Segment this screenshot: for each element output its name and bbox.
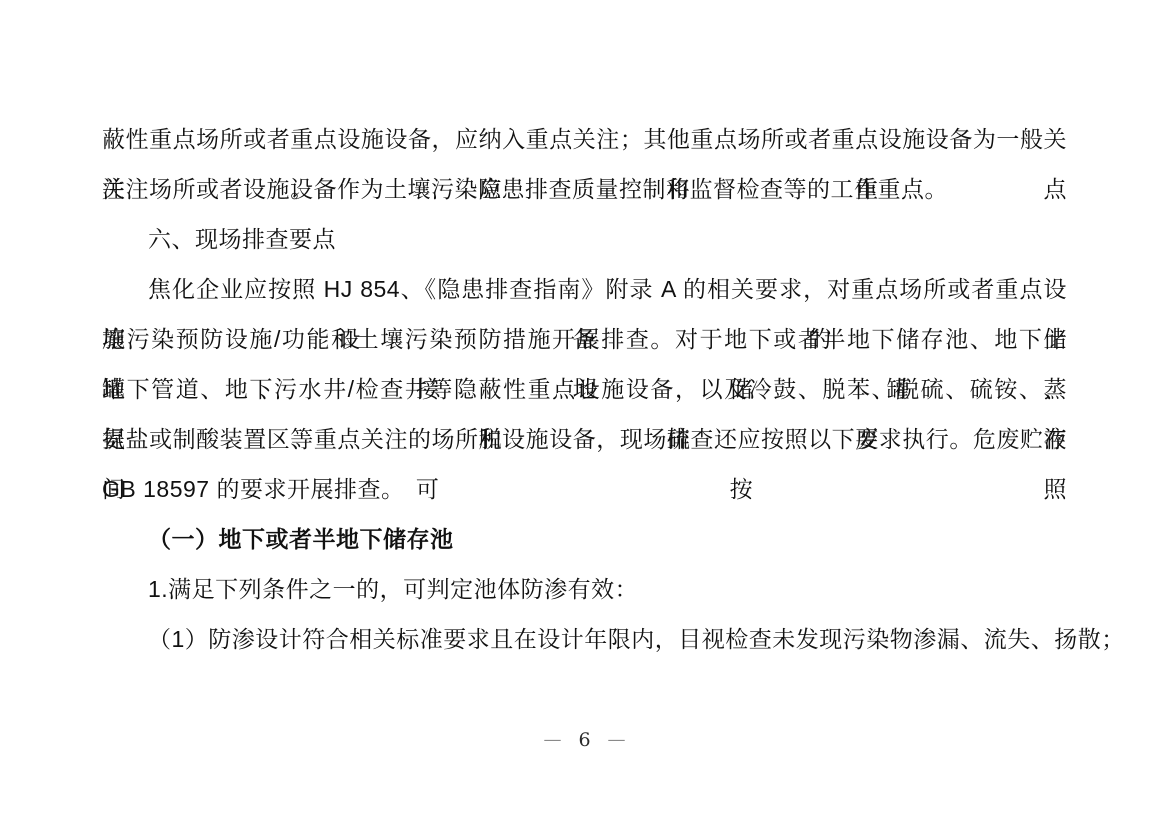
document-body: 蔽性重点场所或者重点设施设备，应纳入重点关注；其他重点场所或者重点设施设备为一般…	[102, 114, 1067, 664]
text-line: 提盐或制酸装置区等重点关注的场所和设施设备，现场排查还应按照以下要求执行。危废贮…	[102, 414, 1067, 464]
page-footer: — 6 —	[0, 726, 1169, 754]
footer-dash-right: —	[608, 726, 626, 754]
section-heading: 六、现场排查要点	[102, 214, 1067, 264]
text-line: 地下管道、地下污水井/检查井等隐蔽性重点设施设备，以及冷鼓、脱苯、脱硫、硫铵、蒸…	[102, 364, 1067, 414]
subsection-heading: （一）地下或者半地下储存池	[102, 514, 1067, 564]
document-page: 蔽性重点场所或者重点设施设备，应纳入重点关注；其他重点场所或者重点设施设备为一般…	[0, 0, 1169, 826]
text-line: 壤污染预防设施/功能和土壤污染预防措施开展排查。对于地下或者半地下储存池、地下储…	[102, 314, 1067, 364]
text-line: 关注场所或者设施设备作为土壤污染隐患排查质量控制和监督检查等的工作重点。	[102, 164, 1067, 214]
text-line: 1.满足下列条件之一的，可判定池体防渗有效：	[102, 564, 1067, 614]
text-line: 焦化企业应按照 HJ 854、《隐患排查指南》附录 A 的相关要求，对重点场所或…	[102, 264, 1067, 314]
footer-dash-left: —	[543, 726, 561, 754]
text-line: 蔽性重点场所或者重点设施设备，应纳入重点关注；其他重点场所或者重点设施设备为一般…	[102, 114, 1067, 164]
text-line: （1）防渗设计符合相关标准要求且在设计年限内，目视检查未发现污染物渗漏、流失、扬…	[102, 614, 1067, 664]
page-number: 6	[578, 726, 590, 754]
